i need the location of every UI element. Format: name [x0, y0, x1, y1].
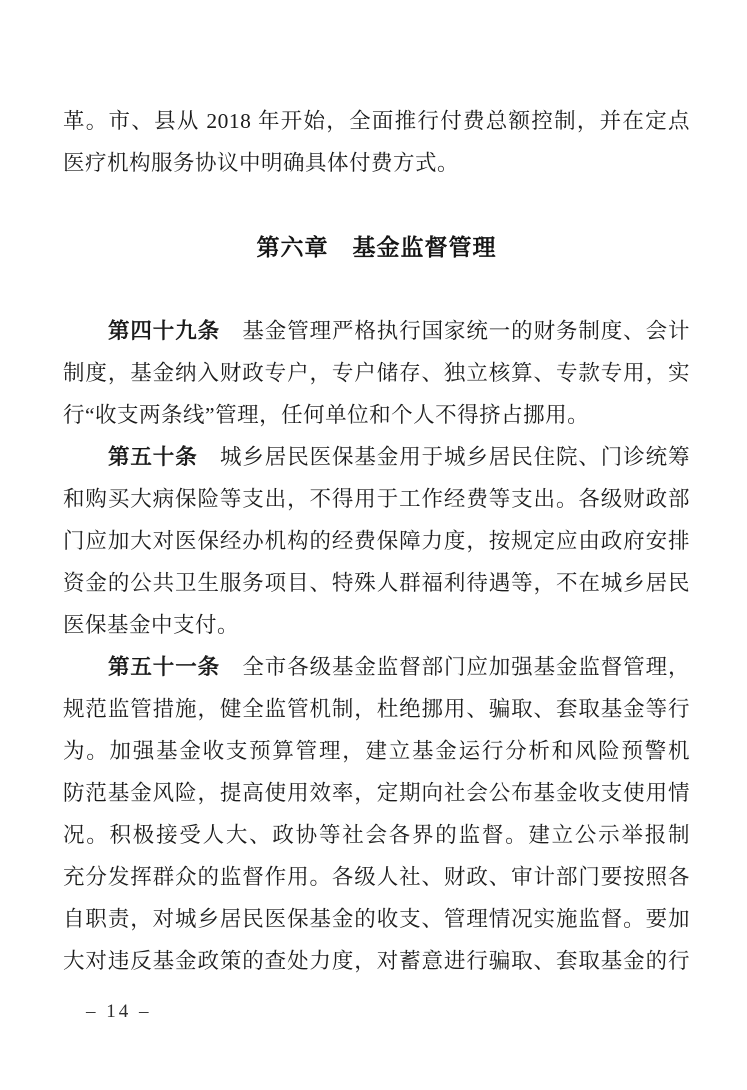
text-line: 门应加大对医保经办机构的经费保障力度，按规定应由政府安排	[63, 520, 690, 562]
text-line: 第五十一条 全市各级基金监督部门应加强基金监督管理，	[63, 646, 690, 688]
text-run: 充分发挥群众的监督作用。各级人社、财政、审计部门要按照各	[63, 865, 690, 889]
text-run: 行“收支两条线”管理，任何单位和个人不得挤占挪用。	[63, 403, 589, 427]
page-number: – 14 –	[86, 1001, 152, 1023]
text-run: 为。加强基金收支预算管理，建立基金运行分析和风险预警机制，	[63, 739, 690, 772]
text-line: 和购买大病保险等支出，不得用于工作经费等支出。各级财政部	[63, 478, 690, 520]
document-page: 革。市、县从 2018 年开始，全面推行付费总额控制，并在定点医疗机构服务协议中…	[0, 0, 747, 1090]
text-run: 革。市、县从 2018 年开始，全面推行付费总额控制，并在定点	[63, 109, 690, 133]
text-run: 大对违反基金政策的查处力度，对蓄意进行骗取、套取基金的行	[63, 949, 690, 973]
text-run: 全市各级基金监督部门应加强基金监督管理，	[220, 655, 690, 679]
text-run: 资金的公共卫生服务项目、特殊人群福利待遇等，不在城乡居民	[63, 571, 690, 595]
text-line: 防范基金风险，提高使用效率，定期向社会公布基金收支使用情	[63, 772, 690, 814]
text-line: 革。市、县从 2018 年开始，全面推行付费总额控制，并在定点	[63, 100, 690, 142]
text-run: 防范基金风险，提高使用效率，定期向社会公布基金收支使用情	[63, 781, 690, 805]
text-run: 基金管理严格执行国家统一的财务制度、会计	[220, 319, 690, 343]
text-line: 第四十九条 基金管理严格执行国家统一的财务制度、会计	[63, 310, 690, 352]
paragraph: 革。市、县从 2018 年开始，全面推行付费总额控制，并在定点医疗机构服务协议中…	[63, 100, 690, 184]
article-number: 第四十九条	[108, 319, 220, 343]
paragraph: 第四十九条 基金管理严格执行国家统一的财务制度、会计制度，基金纳入财政专户，专户…	[63, 310, 690, 436]
text-line: 充分发挥群众的监督作用。各级人社、财政、审计部门要按照各	[63, 856, 690, 898]
paragraph: 第五十一条 全市各级基金监督部门应加强基金监督管理，规范监管措施，健全监管机制，…	[63, 646, 690, 982]
text-run: 医疗机构服务协议中明确具体付费方式。	[63, 151, 459, 175]
text-line: 规范监管措施，健全监管机制，杜绝挪用、骗取、套取基金等行	[63, 688, 690, 730]
text-line: 为。加强基金收支预算管理，建立基金运行分析和风险预警机制，	[63, 730, 690, 772]
article-number: 第五十一条	[108, 655, 220, 679]
text-line: 制度，基金纳入财政专户，专户储存、独立核算、专款专用，实	[63, 352, 690, 394]
text-line: 况。积极接受人大、政协等社会各界的监督。建立公示举报制度，	[63, 814, 690, 856]
text-line: 自职责，对城乡居民医保基金的收支、管理情况实施监督。要加	[63, 898, 690, 940]
document-body: 革。市、县从 2018 年开始，全面推行付费总额控制，并在定点医疗机构服务协议中…	[63, 100, 690, 982]
text-run: 规范监管措施，健全监管机制，杜绝挪用、骗取、套取基金等行	[63, 697, 690, 721]
text-line: 医保基金中支付。	[63, 604, 690, 646]
text-line: 资金的公共卫生服务项目、特殊人群福利待遇等，不在城乡居民	[63, 562, 690, 604]
text-line: 第五十条 城乡居民医保基金用于城乡居民住院、门诊统筹	[63, 436, 690, 478]
chapter-heading: 第六章 基金监督管理	[63, 226, 690, 268]
text-run: 门应加大对医保经办机构的经费保障力度，按规定应由政府安排	[63, 529, 690, 553]
paragraph: 第五十条 城乡居民医保基金用于城乡居民住院、门诊统筹和购买大病保险等支出，不得用…	[63, 436, 690, 646]
text-run: 自职责，对城乡居民医保基金的收支、管理情况实施监督。要加	[63, 907, 690, 931]
text-run: 医保基金中支付。	[63, 613, 239, 637]
text-line: 大对违反基金政策的查处力度，对蓄意进行骗取、套取基金的行	[63, 940, 690, 982]
text-run: 和购买大病保险等支出，不得用于工作经费等支出。各级财政部	[63, 487, 690, 511]
article-number: 第五十条	[108, 445, 198, 469]
text-line: 医疗机构服务协议中明确具体付费方式。	[63, 142, 690, 184]
text-run: 况。积极接受人大、政协等社会各界的监督。建立公示举报制度，	[63, 823, 690, 856]
text-run: 制度，基金纳入财政专户，专户储存、独立核算、专款专用，实	[63, 361, 690, 385]
text-line: 行“收支两条线”管理，任何单位和个人不得挤占挪用。	[63, 394, 690, 436]
text-run: 城乡居民医保基金用于城乡居民住院、门诊统筹	[198, 445, 690, 469]
